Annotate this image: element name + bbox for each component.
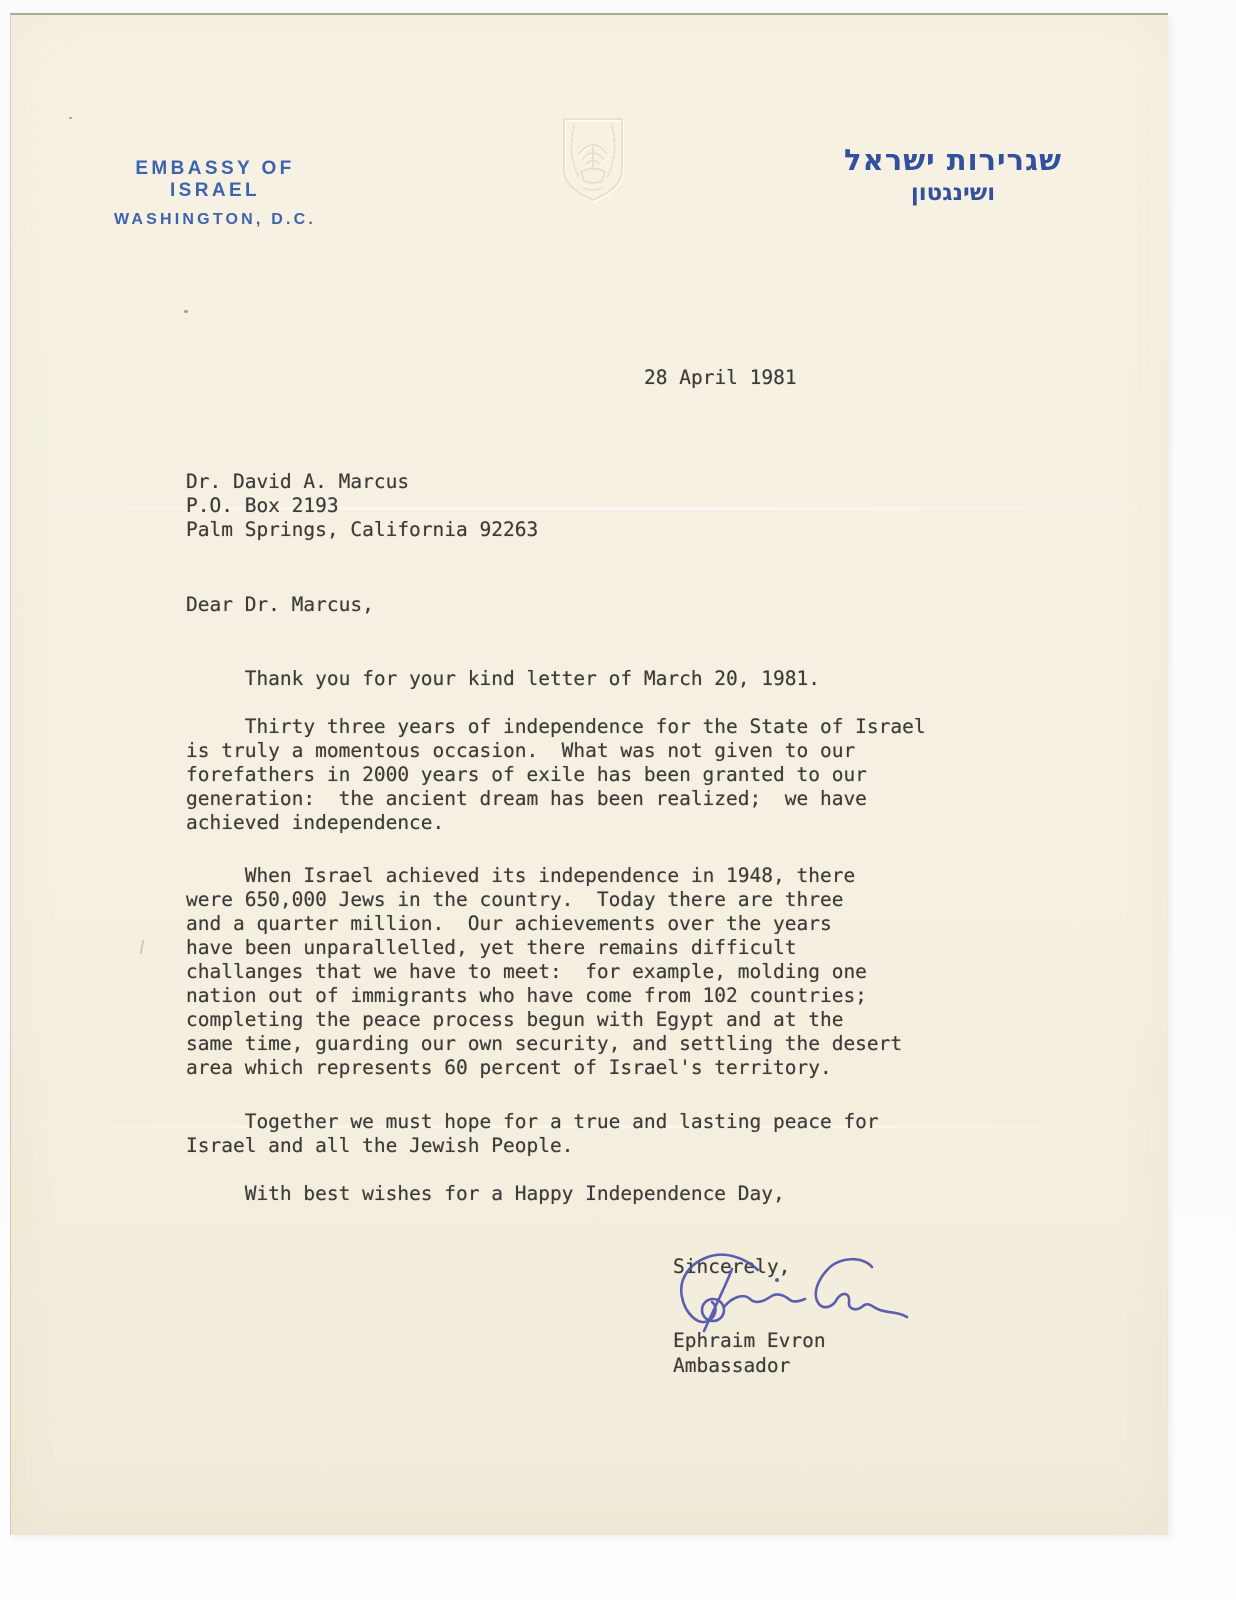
scan-speck [184,310,188,313]
israel-emblem-seal-icon [553,114,633,206]
body-paragraph-4: Together we must hope for a true and las… [186,1110,879,1158]
scan-speck [69,117,72,119]
scan-speck [140,940,145,954]
fold-crease [11,507,1168,510]
embassy-name: EMBASSY OF ISRAEL [99,158,331,202]
body-paragraph-3: When Israel achieved its independence in… [186,864,902,1080]
recipient-address: Dr. David A. Marcus P.O. Box 2193 Palm S… [186,470,538,542]
letterhead-hebrew: שגרירות ישראל ושינגטון [829,143,1077,206]
salutation: Dear Dr. Marcus, [186,593,374,617]
letter-paper: EMBASSY OF ISRAEL WASHINGTON, D.C. [10,13,1168,1535]
embassy-name-hebrew: שגרירות ישראל [829,143,1077,177]
signature-ink [666,1247,916,1337]
body-paragraph-1: Thank you for your kind letter of March … [186,667,820,691]
date-line: 28 April 1981 [644,366,797,390]
embassy-city: WASHINGTON, D.C. [99,211,331,229]
body-paragraph-5: With best wishes for a Happy Independenc… [186,1182,785,1206]
embassy-city-hebrew: ושינגטון [829,179,1077,206]
signer-title: Ambassador [673,1354,790,1378]
body-paragraph-2: Thirty three years of independence for t… [186,715,926,835]
letterhead-english: EMBASSY OF ISRAEL WASHINGTON, D.C. [99,158,331,229]
